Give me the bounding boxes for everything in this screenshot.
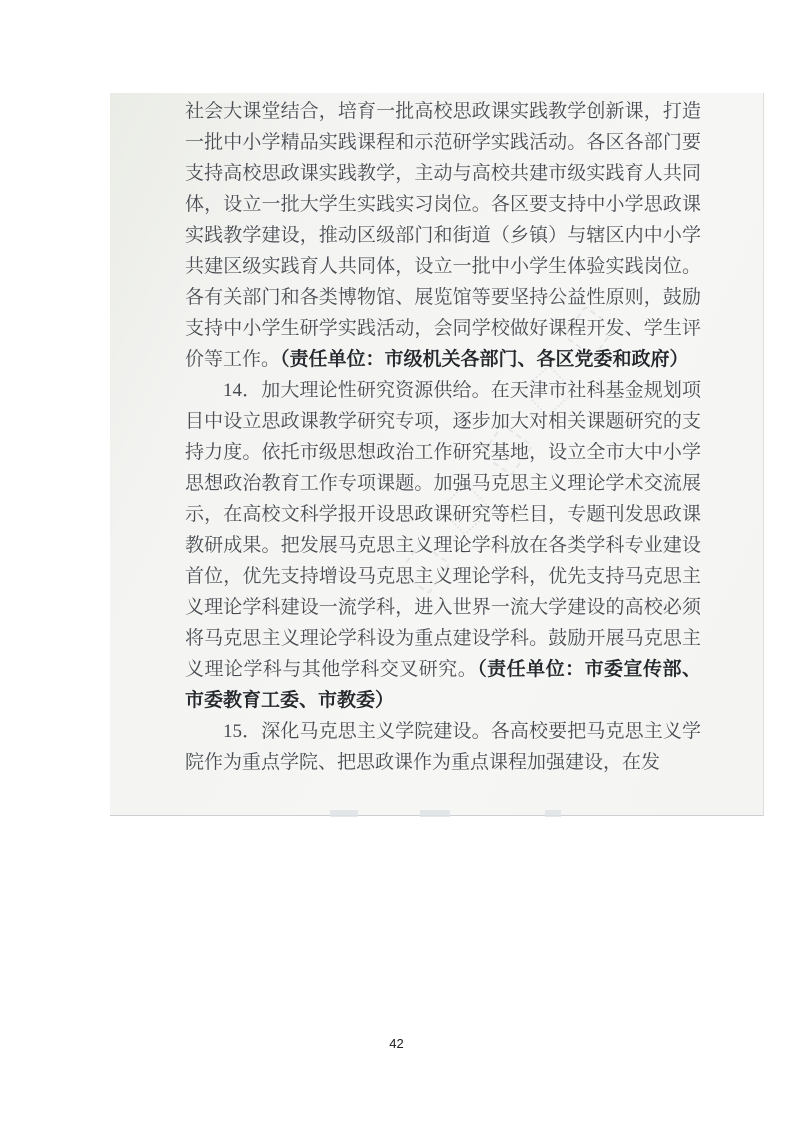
responsible-unit-label: （责任单位：市级机关各部门、各区党委和政府） (280, 349, 689, 370)
scan-edge-artifact (330, 810, 358, 817)
paragraph-item-14: 14．加大理论性研究资源供给。在天津市社科基金规划项目中设立思政课教学研究专项，… (185, 375, 701, 716)
body-text: 社会大课堂结合，培育一批高校思政课实践教学创新课，打造一批中小学精品实践课程和示… (185, 96, 701, 778)
paragraph-text: 14．加大理论性研究资源供给。在天津市社科基金规划项目中设立思政课教学研究专项，… (185, 380, 701, 680)
paragraph-text: 社会大课堂结合，培育一批高校思政课实践教学创新课，打造一批中小学精品实践课程和示… (185, 101, 701, 370)
scan-edge-artifact (545, 810, 561, 817)
paragraph-13-continuation: 社会大课堂结合，培育一批高校思政课实践教学创新课，打造一批中小学精品实践课程和示… (185, 96, 701, 375)
paragraph-text: 15．深化马克思主义学院建设。各高校要把马克思主义学院作为重点学院、把思政课作为… (185, 721, 701, 773)
paragraph-item-15: 15．深化马克思主义学院建设。各高校要把马克思主义学院作为重点学院、把思政课作为… (185, 716, 701, 778)
document-page: 社会大课堂结合，培育一批高校思政课实践教学创新课，打造一批中小学精品实践课程和示… (0, 0, 793, 1122)
scan-edge-artifact (420, 810, 450, 817)
page-number: 42 (0, 1036, 793, 1051)
